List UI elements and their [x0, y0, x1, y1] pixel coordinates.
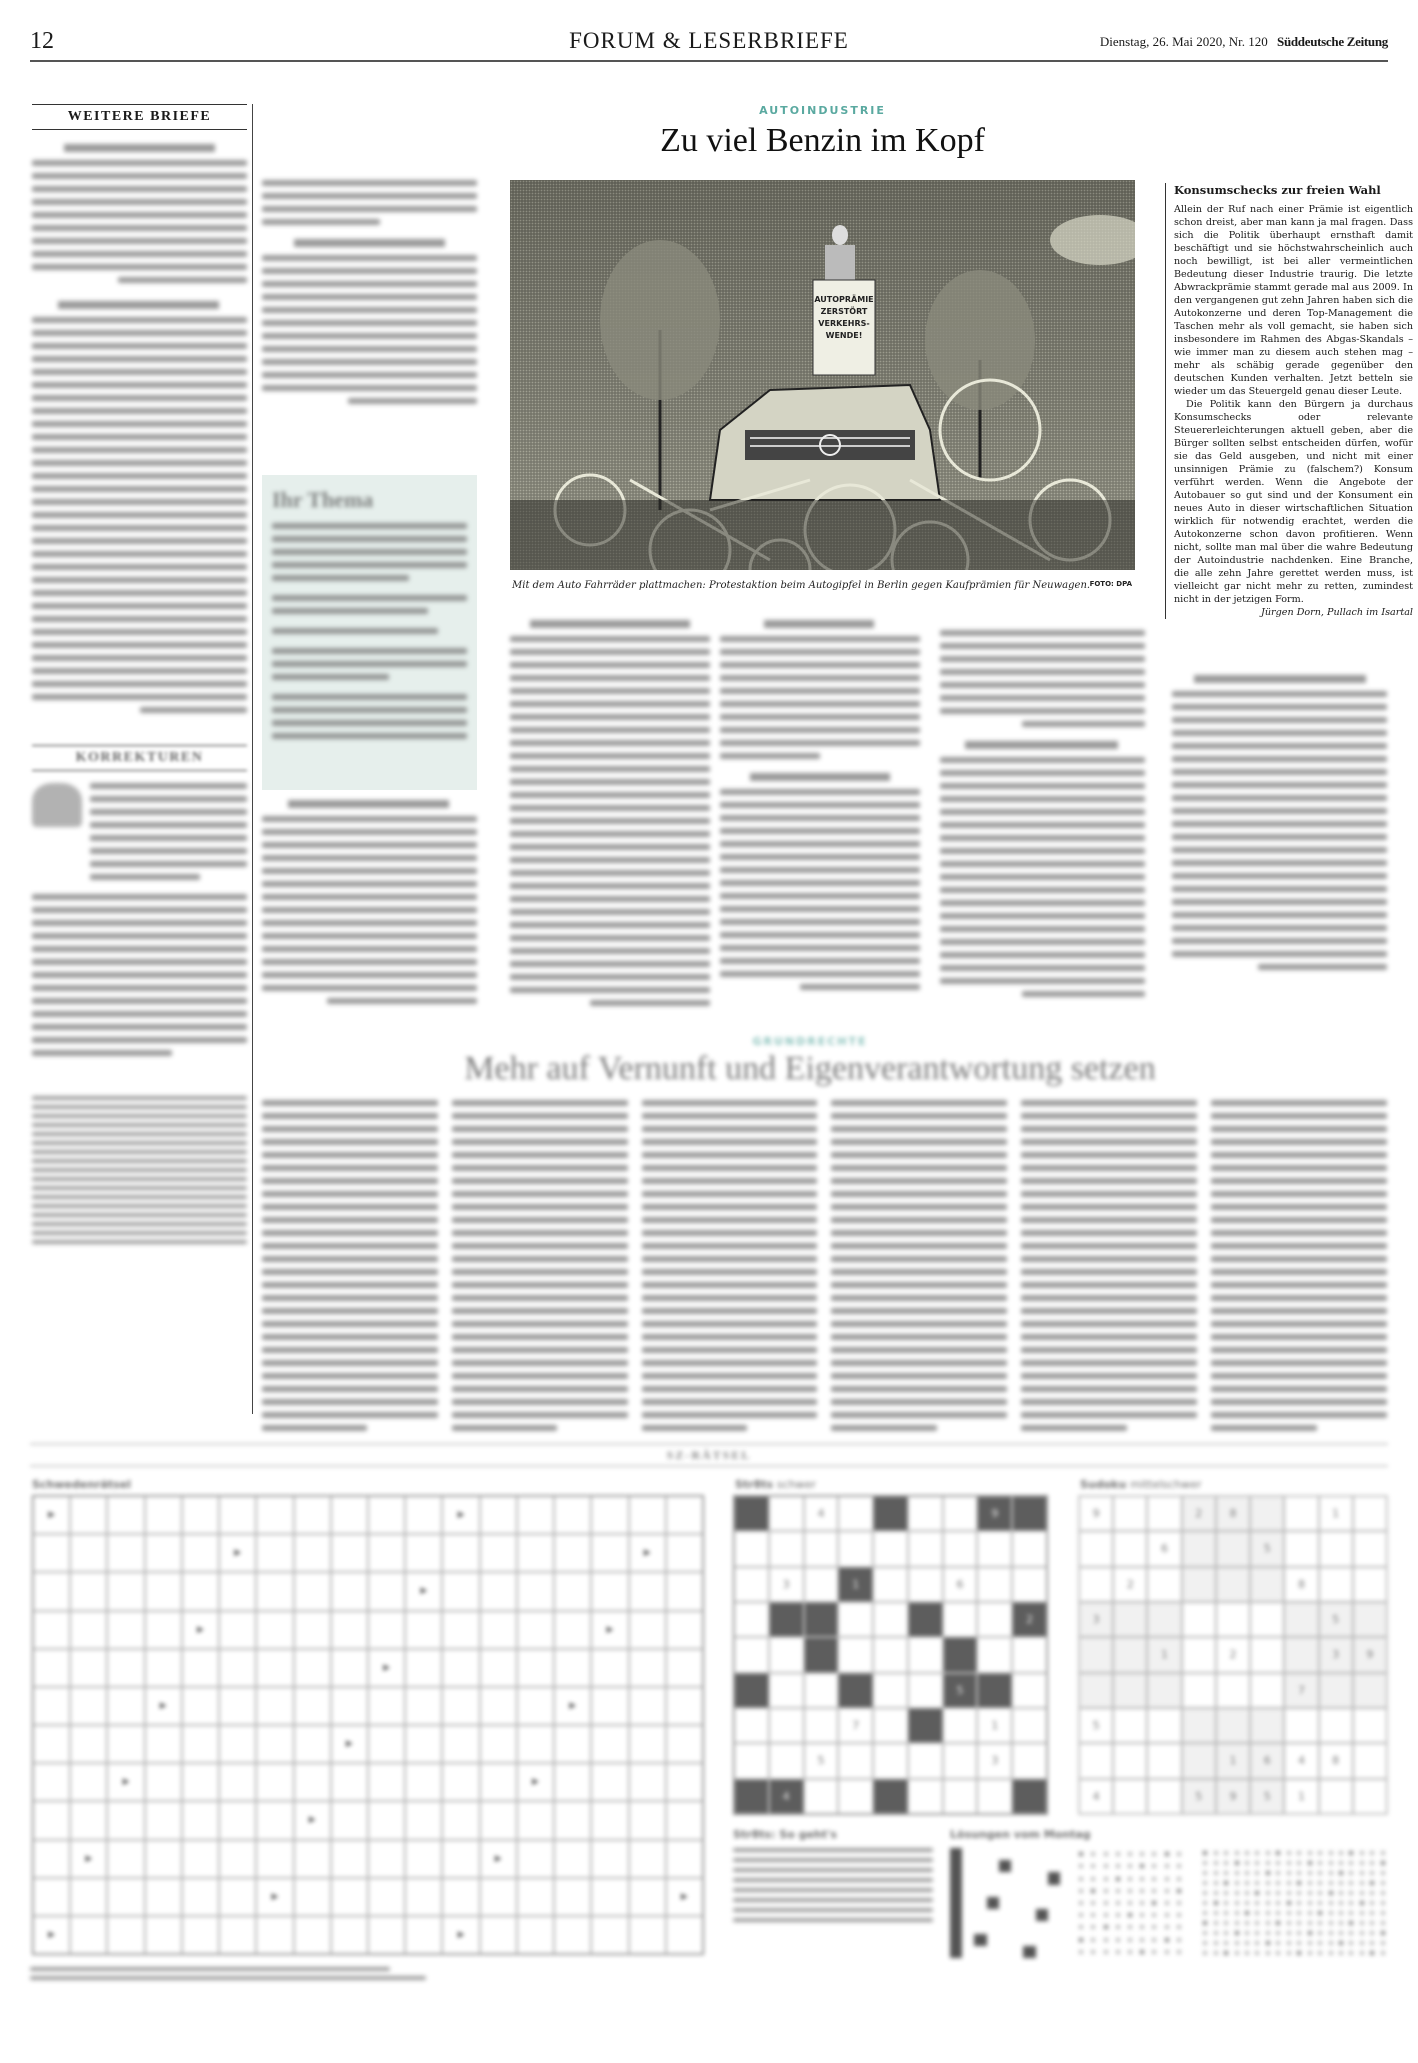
crossword-cell[interactable]	[182, 1534, 219, 1572]
crossword-cell[interactable]	[517, 1496, 554, 1534]
crossword-cell[interactable]	[70, 1801, 107, 1839]
crossword-cell[interactable]	[442, 1496, 479, 1534]
str8ts-cell[interactable]	[873, 1743, 908, 1778]
str8ts-cell[interactable]	[734, 1708, 769, 1743]
str8ts-cell[interactable]: 6	[943, 1567, 978, 1602]
crossword-cell[interactable]	[405, 1878, 442, 1916]
crossword-cell[interactable]	[145, 1801, 182, 1839]
str8ts-cell[interactable]	[977, 1602, 1012, 1637]
crossword-cell[interactable]	[70, 1611, 107, 1649]
crossword-cell[interactable]	[405, 1687, 442, 1725]
crossword-cell[interactable]	[554, 1916, 591, 1954]
crossword-cell[interactable]	[331, 1649, 368, 1687]
crossword-cell[interactable]	[219, 1687, 256, 1725]
str8ts-cell[interactable]	[908, 1743, 943, 1778]
str8ts-cell[interactable]	[873, 1637, 908, 1672]
crossword-cell[interactable]	[666, 1534, 703, 1572]
crossword-cell[interactable]	[70, 1572, 107, 1610]
crossword-cell[interactable]	[70, 1725, 107, 1763]
crossword-cell[interactable]	[442, 1649, 479, 1687]
sudoku-cell[interactable]: 2	[1182, 1496, 1216, 1531]
str8ts-cell[interactable]	[769, 1637, 804, 1672]
crossword-cell[interactable]	[591, 1611, 628, 1649]
str8ts-cell[interactable]	[873, 1531, 908, 1566]
crossword-cell[interactable]	[70, 1534, 107, 1572]
crossword-cell[interactable]	[145, 1534, 182, 1572]
sudoku-cell[interactable]: 5	[1182, 1779, 1216, 1814]
str8ts-cell[interactable]	[908, 1531, 943, 1566]
sudoku-cell[interactable]	[1182, 1531, 1216, 1566]
str8ts-cell[interactable]	[838, 1743, 873, 1778]
sudoku-cell[interactable]	[1250, 1567, 1284, 1602]
crossword-cell[interactable]	[442, 1725, 479, 1763]
str8ts-cell[interactable]: 3	[769, 1567, 804, 1602]
crossword-cell[interactable]	[294, 1878, 331, 1916]
crossword-cell[interactable]	[554, 1611, 591, 1649]
str8ts-cell[interactable]	[908, 1567, 943, 1602]
sudoku-cell[interactable]	[1113, 1708, 1147, 1743]
crossword-cell[interactable]	[331, 1534, 368, 1572]
crossword-cell[interactable]	[331, 1801, 368, 1839]
crossword-cell[interactable]	[480, 1801, 517, 1839]
str8ts-grid[interactable]: 493162571534	[733, 1495, 1048, 1815]
crossword-cell[interactable]	[442, 1572, 479, 1610]
str8ts-cell[interactable]	[769, 1531, 804, 1566]
crossword-cell[interactable]	[256, 1878, 293, 1916]
crossword-cell[interactable]	[331, 1916, 368, 1954]
sudoku-cell[interactable]	[1250, 1637, 1284, 1672]
str8ts-cell[interactable]	[734, 1779, 769, 1814]
crossword-cell[interactable]	[517, 1687, 554, 1725]
sudoku-cell[interactable]	[1147, 1496, 1181, 1531]
crossword-cell[interactable]	[107, 1725, 144, 1763]
str8ts-cell[interactable]	[873, 1567, 908, 1602]
crossword-cell[interactable]	[256, 1649, 293, 1687]
sudoku-cell[interactable]: 6	[1147, 1531, 1181, 1566]
crossword-cell[interactable]	[554, 1649, 591, 1687]
crossword-cell[interactable]	[666, 1687, 703, 1725]
crossword-cell[interactable]	[256, 1496, 293, 1534]
crossword-cell[interactable]	[554, 1496, 591, 1534]
crossword-cell[interactable]	[480, 1649, 517, 1687]
crossword-cell[interactable]	[480, 1611, 517, 1649]
crossword-cell[interactable]	[145, 1611, 182, 1649]
crossword-cell[interactable]	[294, 1687, 331, 1725]
str8ts-cell[interactable]	[943, 1779, 978, 1814]
str8ts-cell[interactable]	[873, 1779, 908, 1814]
str8ts-cell[interactable]	[1012, 1531, 1047, 1566]
str8ts-cell[interactable]	[908, 1779, 943, 1814]
crossword-cell[interactable]	[629, 1687, 666, 1725]
crossword-cell[interactable]	[70, 1496, 107, 1534]
str8ts-cell[interactable]	[838, 1531, 873, 1566]
crossword-cell[interactable]	[480, 1725, 517, 1763]
sudoku-cell[interactable]: 4	[1284, 1743, 1318, 1778]
sudoku-cell[interactable]	[1182, 1567, 1216, 1602]
crossword-cell[interactable]	[294, 1763, 331, 1801]
sudoku-cell[interactable]	[1284, 1496, 1318, 1531]
sudoku-cell[interactable]	[1250, 1496, 1284, 1531]
crossword-cell[interactable]	[368, 1840, 405, 1878]
str8ts-cell[interactable]	[769, 1708, 804, 1743]
crossword-cell[interactable]	[368, 1725, 405, 1763]
str8ts-cell[interactable]	[908, 1602, 943, 1637]
str8ts-cell[interactable]	[943, 1496, 978, 1531]
crossword-cell[interactable]	[442, 1916, 479, 1954]
sudoku-cell[interactable]	[1113, 1602, 1147, 1637]
crossword-cell[interactable]	[442, 1611, 479, 1649]
str8ts-cell[interactable]: 4	[804, 1496, 839, 1531]
str8ts-cell[interactable]	[908, 1637, 943, 1672]
crossword-cell[interactable]	[33, 1878, 70, 1916]
crossword-cell[interactable]	[107, 1878, 144, 1916]
crossword-cell[interactable]	[331, 1572, 368, 1610]
crossword-cell[interactable]	[591, 1801, 628, 1839]
crossword-cell[interactable]	[145, 1878, 182, 1916]
crossword-cell[interactable]	[591, 1534, 628, 1572]
crossword-cell[interactable]	[666, 1763, 703, 1801]
crossword-cell[interactable]	[405, 1840, 442, 1878]
crossword-cell[interactable]	[219, 1801, 256, 1839]
str8ts-cell[interactable]	[908, 1496, 943, 1531]
sudoku-cell[interactable]	[1147, 1779, 1181, 1814]
crossword-cell[interactable]	[629, 1916, 666, 1954]
sudoku-cell[interactable]	[1216, 1567, 1250, 1602]
sudoku-cell[interactable]	[1250, 1673, 1284, 1708]
crossword-cell[interactable]	[666, 1649, 703, 1687]
crossword-cell[interactable]	[368, 1687, 405, 1725]
crossword-cell[interactable]	[591, 1572, 628, 1610]
crossword-cell[interactable]	[517, 1572, 554, 1610]
str8ts-cell[interactable]	[804, 1708, 839, 1743]
crossword-cell[interactable]	[480, 1687, 517, 1725]
crossword-cell[interactable]	[182, 1878, 219, 1916]
str8ts-cell[interactable]	[1012, 1779, 1047, 1814]
sudoku-cell[interactable]: 1	[1147, 1637, 1181, 1672]
str8ts-cell[interactable]: 5	[804, 1743, 839, 1778]
crossword-cell[interactable]	[182, 1687, 219, 1725]
str8ts-cell[interactable]	[1012, 1743, 1047, 1778]
sudoku-cell[interactable]	[1216, 1602, 1250, 1637]
sudoku-cell[interactable]	[1079, 1673, 1113, 1708]
sudoku-cell[interactable]	[1079, 1743, 1113, 1778]
sudoku-cell[interactable]	[1284, 1531, 1318, 1566]
crossword-cell[interactable]	[666, 1725, 703, 1763]
crossword-cell[interactable]	[517, 1763, 554, 1801]
sudoku-cell[interactable]: 5	[1319, 1602, 1353, 1637]
crossword-cell[interactable]	[480, 1916, 517, 1954]
crossword-cell[interactable]	[182, 1496, 219, 1534]
sudoku-cell[interactable]: 2	[1113, 1567, 1147, 1602]
str8ts-cell[interactable]	[838, 1779, 873, 1814]
crossword-cell[interactable]	[591, 1840, 628, 1878]
str8ts-cell[interactable]	[977, 1531, 1012, 1566]
crossword-cell[interactable]	[294, 1572, 331, 1610]
crossword-cell[interactable]	[33, 1649, 70, 1687]
crossword-cell[interactable]	[331, 1840, 368, 1878]
str8ts-cell[interactable]	[943, 1602, 978, 1637]
sudoku-cell[interactable]	[1147, 1673, 1181, 1708]
crossword-cell[interactable]	[666, 1611, 703, 1649]
sudoku-cell[interactable]	[1113, 1779, 1147, 1814]
sudoku-cell[interactable]	[1353, 1567, 1387, 1602]
crossword-cell[interactable]	[107, 1801, 144, 1839]
crossword-cell[interactable]	[107, 1763, 144, 1801]
crossword-cell[interactable]	[219, 1496, 256, 1534]
crossword-cell[interactable]	[368, 1611, 405, 1649]
crossword-cell[interactable]	[405, 1763, 442, 1801]
sudoku-cell[interactable]	[1216, 1673, 1250, 1708]
crossword-cell[interactable]	[33, 1916, 70, 1954]
sudoku-cell[interactable]: 9	[1216, 1779, 1250, 1814]
crossword-cell[interactable]	[405, 1572, 442, 1610]
sudoku-cell[interactable]	[1113, 1673, 1147, 1708]
crossword-cell[interactable]	[591, 1916, 628, 1954]
str8ts-cell[interactable]: 1	[838, 1567, 873, 1602]
sudoku-cell[interactable]	[1113, 1531, 1147, 1566]
str8ts-cell[interactable]	[943, 1637, 978, 1672]
crossword-cell[interactable]	[517, 1725, 554, 1763]
crossword-cell[interactable]	[256, 1725, 293, 1763]
str8ts-cell[interactable]	[769, 1743, 804, 1778]
crossword-cell[interactable]	[442, 1801, 479, 1839]
crossword-cell[interactable]	[442, 1534, 479, 1572]
crossword-cell[interactable]	[219, 1534, 256, 1572]
crossword-cell[interactable]	[629, 1763, 666, 1801]
sudoku-cell[interactable]	[1216, 1708, 1250, 1743]
str8ts-cell[interactable]	[804, 1531, 839, 1566]
sudoku-cell[interactable]: 9	[1079, 1496, 1113, 1531]
crossword-cell[interactable]	[33, 1763, 70, 1801]
str8ts-cell[interactable]	[943, 1708, 978, 1743]
sudoku-cell[interactable]: 3	[1079, 1602, 1113, 1637]
sudoku-cell[interactable]	[1113, 1743, 1147, 1778]
crossword-cell[interactable]	[405, 1916, 442, 1954]
crossword-cell[interactable]	[405, 1534, 442, 1572]
crossword-cell[interactable]	[33, 1725, 70, 1763]
crossword-cell[interactable]	[33, 1611, 70, 1649]
crossword-cell[interactable]	[33, 1801, 70, 1839]
sudoku-cell[interactable]	[1079, 1567, 1113, 1602]
sudoku-cell[interactable]	[1284, 1602, 1318, 1637]
str8ts-cell[interactable]	[804, 1637, 839, 1672]
crossword-cell[interactable]	[70, 1916, 107, 1954]
str8ts-cell[interactable]: 7	[838, 1708, 873, 1743]
str8ts-cell[interactable]	[908, 1673, 943, 1708]
crossword-cell[interactable]	[145, 1572, 182, 1610]
crossword-cell[interactable]	[182, 1763, 219, 1801]
crossword-cell[interactable]	[331, 1687, 368, 1725]
sudoku-cell[interactable]	[1216, 1531, 1250, 1566]
crossword-cell[interactable]	[666, 1801, 703, 1839]
str8ts-cell[interactable]	[977, 1673, 1012, 1708]
crossword-cell[interactable]	[294, 1725, 331, 1763]
sudoku-cell[interactable]	[1319, 1673, 1353, 1708]
sudoku-cell[interactable]	[1284, 1637, 1318, 1672]
str8ts-cell[interactable]	[734, 1496, 769, 1531]
crossword-cell[interactable]	[107, 1611, 144, 1649]
str8ts-cell[interactable]	[734, 1673, 769, 1708]
sudoku-cell[interactable]	[1353, 1496, 1387, 1531]
str8ts-cell[interactable]	[908, 1708, 943, 1743]
crossword-cell[interactable]	[70, 1840, 107, 1878]
crossword-cell[interactable]	[331, 1725, 368, 1763]
crossword-cell[interactable]	[554, 1840, 591, 1878]
crossword-cell[interactable]	[107, 1916, 144, 1954]
crossword-cell[interactable]	[480, 1534, 517, 1572]
crossword-cell[interactable]	[554, 1687, 591, 1725]
sudoku-cell[interactable]: 5	[1250, 1779, 1284, 1814]
crossword-cell[interactable]	[405, 1649, 442, 1687]
crossword-cell[interactable]	[629, 1572, 666, 1610]
sudoku-cell[interactable]: 8	[1284, 1567, 1318, 1602]
crossword-cell[interactable]	[629, 1878, 666, 1916]
sudoku-cell[interactable]: 4	[1079, 1779, 1113, 1814]
sudoku-cell[interactable]	[1319, 1567, 1353, 1602]
sudoku-cell[interactable]	[1319, 1779, 1353, 1814]
crossword-cell[interactable]	[666, 1878, 703, 1916]
crossword-cell[interactable]	[182, 1572, 219, 1610]
str8ts-cell[interactable]	[1012, 1708, 1047, 1743]
crossword-cell[interactable]	[294, 1916, 331, 1954]
sudoku-cell[interactable]: 5	[1250, 1531, 1284, 1566]
str8ts-cell[interactable]: 3	[977, 1743, 1012, 1778]
crossword-cell[interactable]	[107, 1649, 144, 1687]
crossword-cell[interactable]	[591, 1687, 628, 1725]
crossword-cell[interactable]	[331, 1611, 368, 1649]
crossword-cell[interactable]	[480, 1496, 517, 1534]
str8ts-cell[interactable]	[873, 1673, 908, 1708]
str8ts-cell[interactable]	[977, 1567, 1012, 1602]
str8ts-cell[interactable]	[1012, 1496, 1047, 1531]
crossword-cell[interactable]	[219, 1916, 256, 1954]
crossword-cell[interactable]	[554, 1763, 591, 1801]
crossword-cell[interactable]	[368, 1649, 405, 1687]
sudoku-cell[interactable]	[1353, 1743, 1387, 1778]
crossword-cell[interactable]	[554, 1572, 591, 1610]
crossword-cell[interactable]	[331, 1763, 368, 1801]
sudoku-cell[interactable]	[1147, 1602, 1181, 1637]
str8ts-cell[interactable]	[977, 1637, 1012, 1672]
str8ts-cell[interactable]	[734, 1531, 769, 1566]
crossword-cell[interactable]	[591, 1878, 628, 1916]
sudoku-cell[interactable]	[1079, 1637, 1113, 1672]
crossword-cell[interactable]	[256, 1572, 293, 1610]
str8ts-cell[interactable]	[838, 1602, 873, 1637]
str8ts-cell[interactable]	[734, 1567, 769, 1602]
crossword-cell[interactable]	[331, 1878, 368, 1916]
crossword-cell[interactable]	[591, 1649, 628, 1687]
crossword-cell[interactable]	[294, 1649, 331, 1687]
crossword-cell[interactable]	[629, 1725, 666, 1763]
crossword-cell[interactable]	[107, 1572, 144, 1610]
sudoku-cell[interactable]	[1319, 1708, 1353, 1743]
sudoku-cell[interactable]: 5	[1079, 1708, 1113, 1743]
crossword-cell[interactable]	[517, 1534, 554, 1572]
crossword-cell[interactable]	[517, 1916, 554, 1954]
crossword-cell[interactable]	[219, 1763, 256, 1801]
crossword-cell[interactable]	[666, 1572, 703, 1610]
str8ts-cell[interactable]: 2	[1012, 1602, 1047, 1637]
str8ts-cell[interactable]	[769, 1602, 804, 1637]
crossword-cell[interactable]	[107, 1687, 144, 1725]
crossword-cell[interactable]	[666, 1496, 703, 1534]
sudoku-cell[interactable]	[1147, 1708, 1181, 1743]
str8ts-cell[interactable]	[734, 1637, 769, 1672]
crossword-cell[interactable]	[442, 1763, 479, 1801]
crossword-cell[interactable]	[33, 1496, 70, 1534]
crossword-cell[interactable]	[294, 1611, 331, 1649]
crossword-cell[interactable]	[256, 1534, 293, 1572]
crossword-cell[interactable]	[591, 1763, 628, 1801]
sudoku-cell[interactable]	[1250, 1708, 1284, 1743]
crossword-cell[interactable]	[33, 1687, 70, 1725]
crossword-cell[interactable]	[33, 1534, 70, 1572]
sudoku-cell[interactable]	[1182, 1708, 1216, 1743]
crossword-cell[interactable]	[219, 1878, 256, 1916]
crossword-cell[interactable]	[405, 1611, 442, 1649]
crossword-grid[interactable]	[32, 1495, 704, 1955]
crossword-cell[interactable]	[145, 1687, 182, 1725]
str8ts-cell[interactable]	[943, 1743, 978, 1778]
crossword-cell[interactable]	[219, 1649, 256, 1687]
sudoku-cell[interactable]	[1353, 1602, 1387, 1637]
crossword-cell[interactable]	[70, 1649, 107, 1687]
crossword-cell[interactable]	[70, 1878, 107, 1916]
sudoku-cell[interactable]	[1284, 1708, 1318, 1743]
crossword-cell[interactable]	[256, 1611, 293, 1649]
crossword-cell[interactable]	[182, 1649, 219, 1687]
crossword-cell[interactable]	[219, 1725, 256, 1763]
crossword-cell[interactable]	[182, 1840, 219, 1878]
sudoku-cell[interactable]: 9	[1353, 1637, 1387, 1672]
crossword-cell[interactable]	[182, 1611, 219, 1649]
crossword-cell[interactable]	[294, 1801, 331, 1839]
str8ts-cell[interactable]	[873, 1708, 908, 1743]
crossword-cell[interactable]	[405, 1496, 442, 1534]
crossword-cell[interactable]	[256, 1687, 293, 1725]
str8ts-cell[interactable]	[1012, 1637, 1047, 1672]
str8ts-cell[interactable]	[769, 1673, 804, 1708]
crossword-cell[interactable]	[107, 1534, 144, 1572]
str8ts-cell[interactable]	[873, 1602, 908, 1637]
crossword-cell[interactable]	[368, 1763, 405, 1801]
sudoku-cell[interactable]	[1147, 1567, 1181, 1602]
crossword-cell[interactable]	[368, 1534, 405, 1572]
sudoku-cell[interactable]	[1250, 1602, 1284, 1637]
str8ts-cell[interactable]	[838, 1637, 873, 1672]
crossword-cell[interactable]	[70, 1687, 107, 1725]
str8ts-cell[interactable]	[734, 1602, 769, 1637]
crossword-cell[interactable]	[145, 1496, 182, 1534]
crossword-cell[interactable]	[368, 1916, 405, 1954]
crossword-cell[interactable]	[107, 1496, 144, 1534]
crossword-cell[interactable]	[517, 1878, 554, 1916]
crossword-cell[interactable]	[145, 1725, 182, 1763]
crossword-cell[interactable]	[145, 1763, 182, 1801]
crossword-cell[interactable]	[517, 1801, 554, 1839]
str8ts-cell[interactable]	[804, 1673, 839, 1708]
crossword-cell[interactable]	[182, 1916, 219, 1954]
sudoku-cell[interactable]: 1	[1216, 1743, 1250, 1778]
crossword-cell[interactable]	[368, 1496, 405, 1534]
crossword-cell[interactable]	[666, 1916, 703, 1954]
str8ts-cell[interactable]: 9	[977, 1496, 1012, 1531]
crossword-cell[interactable]	[256, 1916, 293, 1954]
crossword-cell[interactable]	[182, 1801, 219, 1839]
crossword-cell[interactable]	[442, 1840, 479, 1878]
crossword-cell[interactable]	[629, 1840, 666, 1878]
